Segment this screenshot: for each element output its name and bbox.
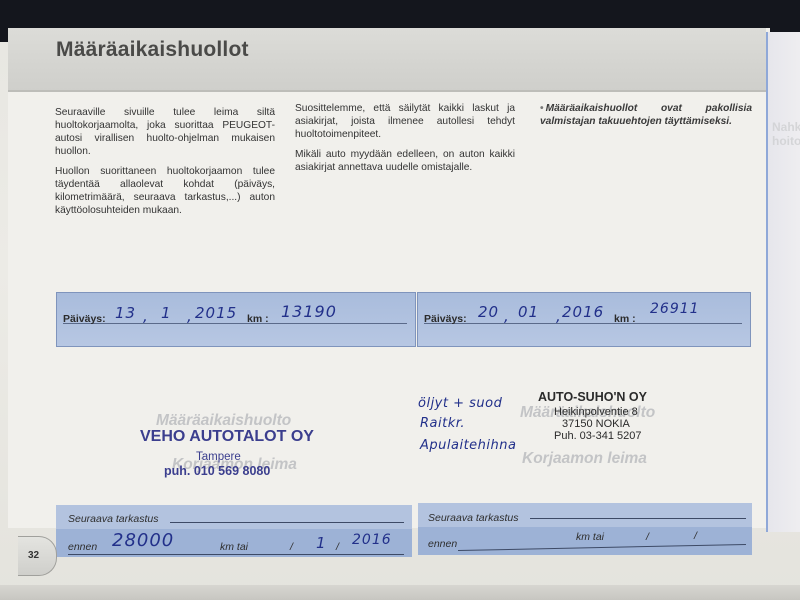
date-separator: ,	[187, 307, 193, 325]
write-line	[424, 323, 742, 324]
handwritten-next-km[interactable]: 28000	[112, 530, 174, 551]
date-separator: ,	[556, 307, 562, 325]
handwritten-day[interactable]: 20	[478, 303, 499, 321]
write-line	[63, 323, 407, 324]
booklet-edge	[0, 585, 800, 600]
date-separator: ,	[504, 307, 510, 325]
handwritten-year[interactable]: 2015	[195, 304, 237, 322]
service-entry-2: Päiväys: 20 , 01 , 2016 km : 26911	[417, 292, 751, 347]
intro-column-3-notice: •Määräaikaishuollot ovat pakollisia valm…	[540, 102, 752, 128]
handwritten-next-month[interactable]: 1	[316, 534, 327, 552]
before-label: ennen	[428, 538, 457, 550]
next-page-edge: Nahkapintojen hoito	[766, 32, 800, 532]
km-or-label: km tai	[220, 541, 248, 553]
km-label: km :	[614, 313, 636, 325]
date-label: Päiväys:	[63, 313, 106, 325]
intro-column-2: Suosittelemme, että säilytät kaikki lask…	[295, 102, 515, 181]
handwritten-note: Apulaitehihna	[420, 438, 516, 453]
km-or-label: km tai	[576, 531, 604, 543]
next-service-row: Seuraava tarkastus	[418, 503, 752, 527]
date-separator: /	[694, 530, 697, 542]
handwritten-note: öljyt + suod	[418, 396, 502, 411]
workshop-stamp-street: Heikinpolventie 8	[554, 406, 638, 418]
date-label: Päiväys:	[424, 313, 467, 325]
write-line[interactable]	[530, 518, 746, 519]
intro-paragraph: Suosittelemme, että säilytät kaikki lask…	[295, 102, 515, 141]
date-separator: /	[646, 531, 649, 543]
mandatory-notice: Määräaikaishuollot ovat pakollisia valmi…	[540, 103, 752, 127]
service-entry-1: Päiväys: 13 , 1 , 2015 km : 13190	[56, 292, 416, 347]
next-service-before-row: ennen 28000 km tai / 1 / 2016	[56, 529, 412, 557]
next-service-before-row: ennen km tai / /	[418, 527, 752, 555]
km-label: km :	[247, 313, 269, 325]
handwritten-month[interactable]: 01	[518, 303, 539, 321]
handwritten-km[interactable]: 13190	[281, 302, 337, 321]
write-line[interactable]	[170, 522, 404, 523]
handwritten-km[interactable]: 26911	[650, 301, 700, 317]
next-service-row: Seuraava tarkastus	[56, 505, 412, 529]
date-separator: /	[336, 541, 339, 553]
date-km-bar: Päiväys: 20 , 01 , 2016 km : 26911	[417, 292, 751, 347]
page-title: Määräaikaishuollot	[56, 38, 249, 62]
intro-paragraph: Huollon suorittaneen huoltokorjaamon tul…	[55, 165, 275, 217]
handwritten-day[interactable]: 13	[115, 304, 136, 322]
workshop-stamp-name: VEHO AUTOTALOT OY	[140, 428, 314, 446]
intro-paragraph: Mikäli auto myydään edelleen, on auton k…	[295, 148, 515, 174]
write-line[interactable]	[458, 544, 746, 551]
page-number: 32	[28, 550, 39, 561]
stamp-placeholder-caption: Korjaamon leima	[522, 450, 647, 468]
handwritten-year[interactable]: 2016	[562, 303, 604, 321]
workshop-stamp-phone: Puh. 03-341 5207	[554, 430, 641, 442]
intro-column-1: Seuraaville sivuille tulee leima siltä h…	[55, 106, 275, 224]
date-separator: ,	[143, 307, 149, 325]
write-line	[68, 554, 404, 555]
workshop-stamp-phone: puh. 010 569 8080	[164, 464, 270, 478]
workshop-stamp-city: Tampere	[196, 451, 241, 463]
ghost-heading-next-page: Nahkapintojen hoito	[772, 120, 800, 148]
bullet-icon: •	[540, 103, 544, 114]
date-km-bar: Päiväys: 13 , 1 , 2015 km : 13190	[56, 292, 416, 347]
date-separator: /	[290, 541, 293, 553]
handwritten-month[interactable]: 1	[161, 304, 172, 322]
workshop-stamp-city: 37150 NOKIA	[562, 418, 630, 430]
next-service-label: Seuraava tarkastus	[428, 512, 518, 524]
workshop-stamp-name: AUTO-SUHO'N OY	[538, 390, 647, 404]
intro-paragraph: Seuraaville sivuille tulee leima siltä h…	[55, 106, 275, 158]
next-service-2: Seuraava tarkastus ennen km tai / /	[418, 503, 752, 555]
next-service-label: Seuraava tarkastus	[68, 513, 158, 525]
handwritten-next-year[interactable]: 2016	[352, 532, 392, 548]
next-service-1: Seuraava tarkastus ennen 28000 km tai / …	[56, 505, 412, 557]
before-label: ennen	[68, 541, 97, 553]
handwritten-note: Raitkr.	[420, 416, 465, 431]
